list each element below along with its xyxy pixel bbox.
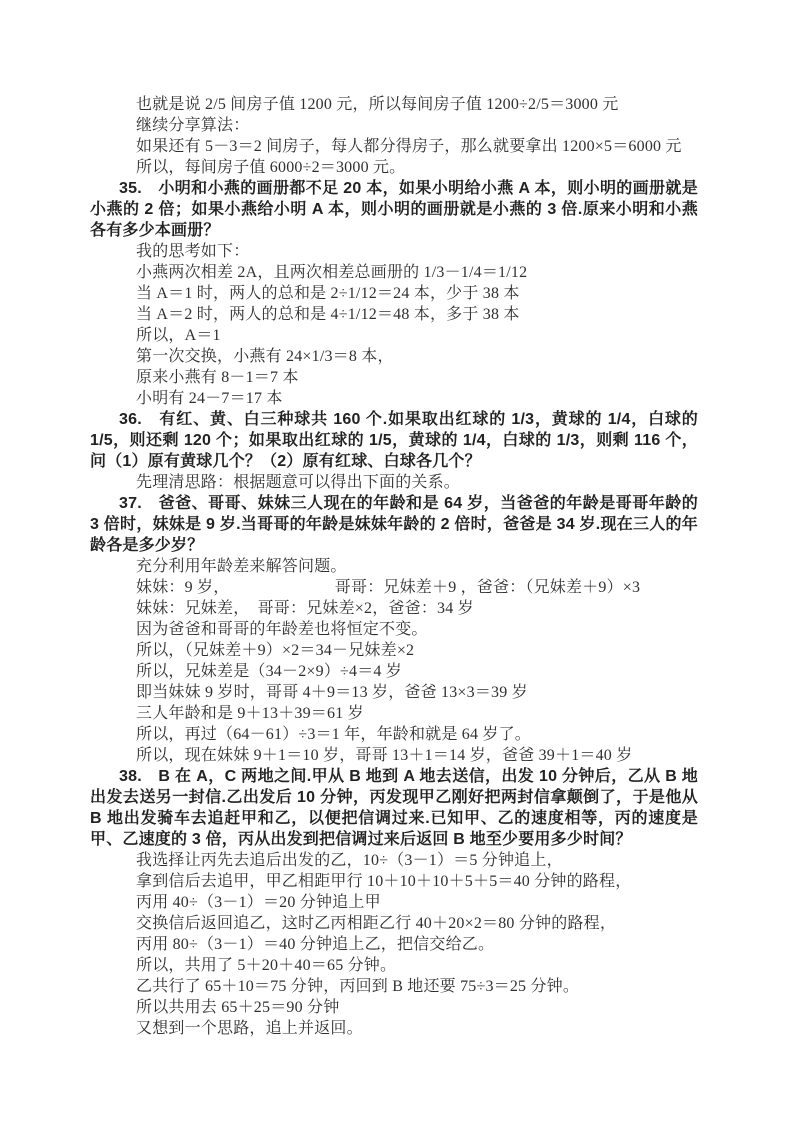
- problem-36: 36. 有红、黄、白三种球共 160 个.如果取出红球的 1/3，黄球的 1/4…: [90, 409, 698, 472]
- solution-37-line-2: 妹妹：9 岁， 哥哥：兄妹差＋9 ，爸爸：（兄妹差＋9）×3: [90, 577, 698, 598]
- solution-38-line-8: 所以共用去 65＋25＝90 分钟: [90, 997, 698, 1018]
- solution-37-line-6: 所以，兄妹差是（34－2×9）÷4＝4 岁: [90, 661, 698, 682]
- solution-37-line-3: 妹妹：兄妹差， 哥哥：兄妹差×2，爸爸：34 岁: [90, 598, 698, 619]
- solution-35-line-5: 所以，A＝1: [90, 325, 698, 346]
- solution-38-line-4: 交换信后返回追乙，这时乙丙相距乙行 40＋20×2＝80 分钟的路程，: [90, 913, 698, 934]
- solution-36-line-1: 先理清思路：根据题意可以得出下面的关系。: [90, 472, 698, 493]
- solution-35-line-2: 小燕两次相差 2A，且两次相差总画册的 1/3－1/4＝1/12: [90, 262, 698, 283]
- solution-37-line-1: 充分利用年龄差来解答问题。: [90, 556, 698, 577]
- carryover-solution-line-3: 如果还有 5－3＝2 间房子，每人都分得房子，那么就要拿出 1200×5＝600…: [90, 136, 698, 157]
- document-text-block: 也就是说 2/5 间房子值 1200 元，所以每间房子值 1200÷2/5＝30…: [90, 94, 698, 1039]
- solution-38-line-7: 乙共行了 65＋10＝75 分钟，丙回到 B 地还要 75÷3＝25 分钟。: [90, 976, 698, 997]
- carryover-solution-line-2: 继续分享算法：: [90, 115, 698, 136]
- solution-35-line-7: 原来小燕有 8－1＝7 本: [90, 367, 698, 388]
- solution-37-line-7: 即当妹妹 9 岁时，哥哥 4＋9＝13 岁，爸爸 13×3＝39 岁: [90, 682, 698, 703]
- solution-37-line-5: 所以，（兄妹差＋9）×2＝34－兄妹差×2: [90, 640, 698, 661]
- solution-35-line-1: 我的思考如下：: [90, 241, 698, 262]
- solution-38-line-1: 我选择让丙先去追后出发的乙，10÷（3－1）＝5 分钟追上，: [90, 850, 698, 871]
- solution-35-line-8: 小明有 24－7＝17 本: [90, 388, 698, 409]
- solution-38-line-5: 丙用 80÷（3－1）＝40 分钟追上乙，把信交给乙。: [90, 934, 698, 955]
- solution-37-line-10: 所以，现在妹妹 9＋1＝10 岁，哥哥 13＋1＝14 岁，爸爸 39＋1＝40…: [90, 745, 698, 766]
- solution-37-line-9: 所以，再过（64－61）÷3＝1 年，年龄和就是 64 岁了。: [90, 724, 698, 745]
- solution-35-line-6: 第一次交换，小燕有 24×1/3＝8 本，: [90, 346, 698, 367]
- solution-35-line-3: 当 A＝1 时，两人的总和是 2÷1/12＝24 本，少于 38 本: [90, 283, 698, 304]
- solution-38-line-9: 又想到一个思路，追上并返回。: [90, 1018, 698, 1039]
- problem-37: 37. 爸爸、哥哥、妹妹三人现在的年龄和是 64 岁，当爸爸的年龄是哥哥年龄的 …: [90, 493, 698, 556]
- problem-38: 38. B 在 A，C 两地之间.甲从 B 地到 A 地去送信，出发 10 分钟…: [90, 766, 698, 850]
- document-page: 也就是说 2/5 间房子值 1200 元，所以每间房子值 1200÷2/5＝30…: [0, 0, 793, 1122]
- solution-38-line-6: 所以，共用了 5＋20＋40＝65 分钟。: [90, 955, 698, 976]
- solution-38-line-2: 拿到信后去追甲，甲乙相距甲行 10＋10＋10＋5＋5＝40 分钟的路程，: [90, 871, 698, 892]
- carryover-solution-line-4: 所以，每间房子值 6000÷2＝3000 元。: [90, 157, 698, 178]
- solution-35-line-4: 当 A＝2 时，两人的总和是 4÷1/12＝48 本，多于 38 本: [90, 304, 698, 325]
- solution-37-line-4: 因为爸爸和哥哥的年龄差也将恒定不变。: [90, 619, 698, 640]
- problem-35: 35. 小明和小燕的画册都不足 20 本，如果小明给小燕 A 本，则小明的画册就…: [90, 178, 698, 241]
- solution-38-line-3: 丙用 40÷（3－1）＝20 分钟追上甲: [90, 892, 698, 913]
- carryover-solution-line-1: 也就是说 2/5 间房子值 1200 元，所以每间房子值 1200÷2/5＝30…: [90, 94, 698, 115]
- solution-37-line-8: 三人年龄和是 9＋13＋39＝61 岁: [90, 703, 698, 724]
